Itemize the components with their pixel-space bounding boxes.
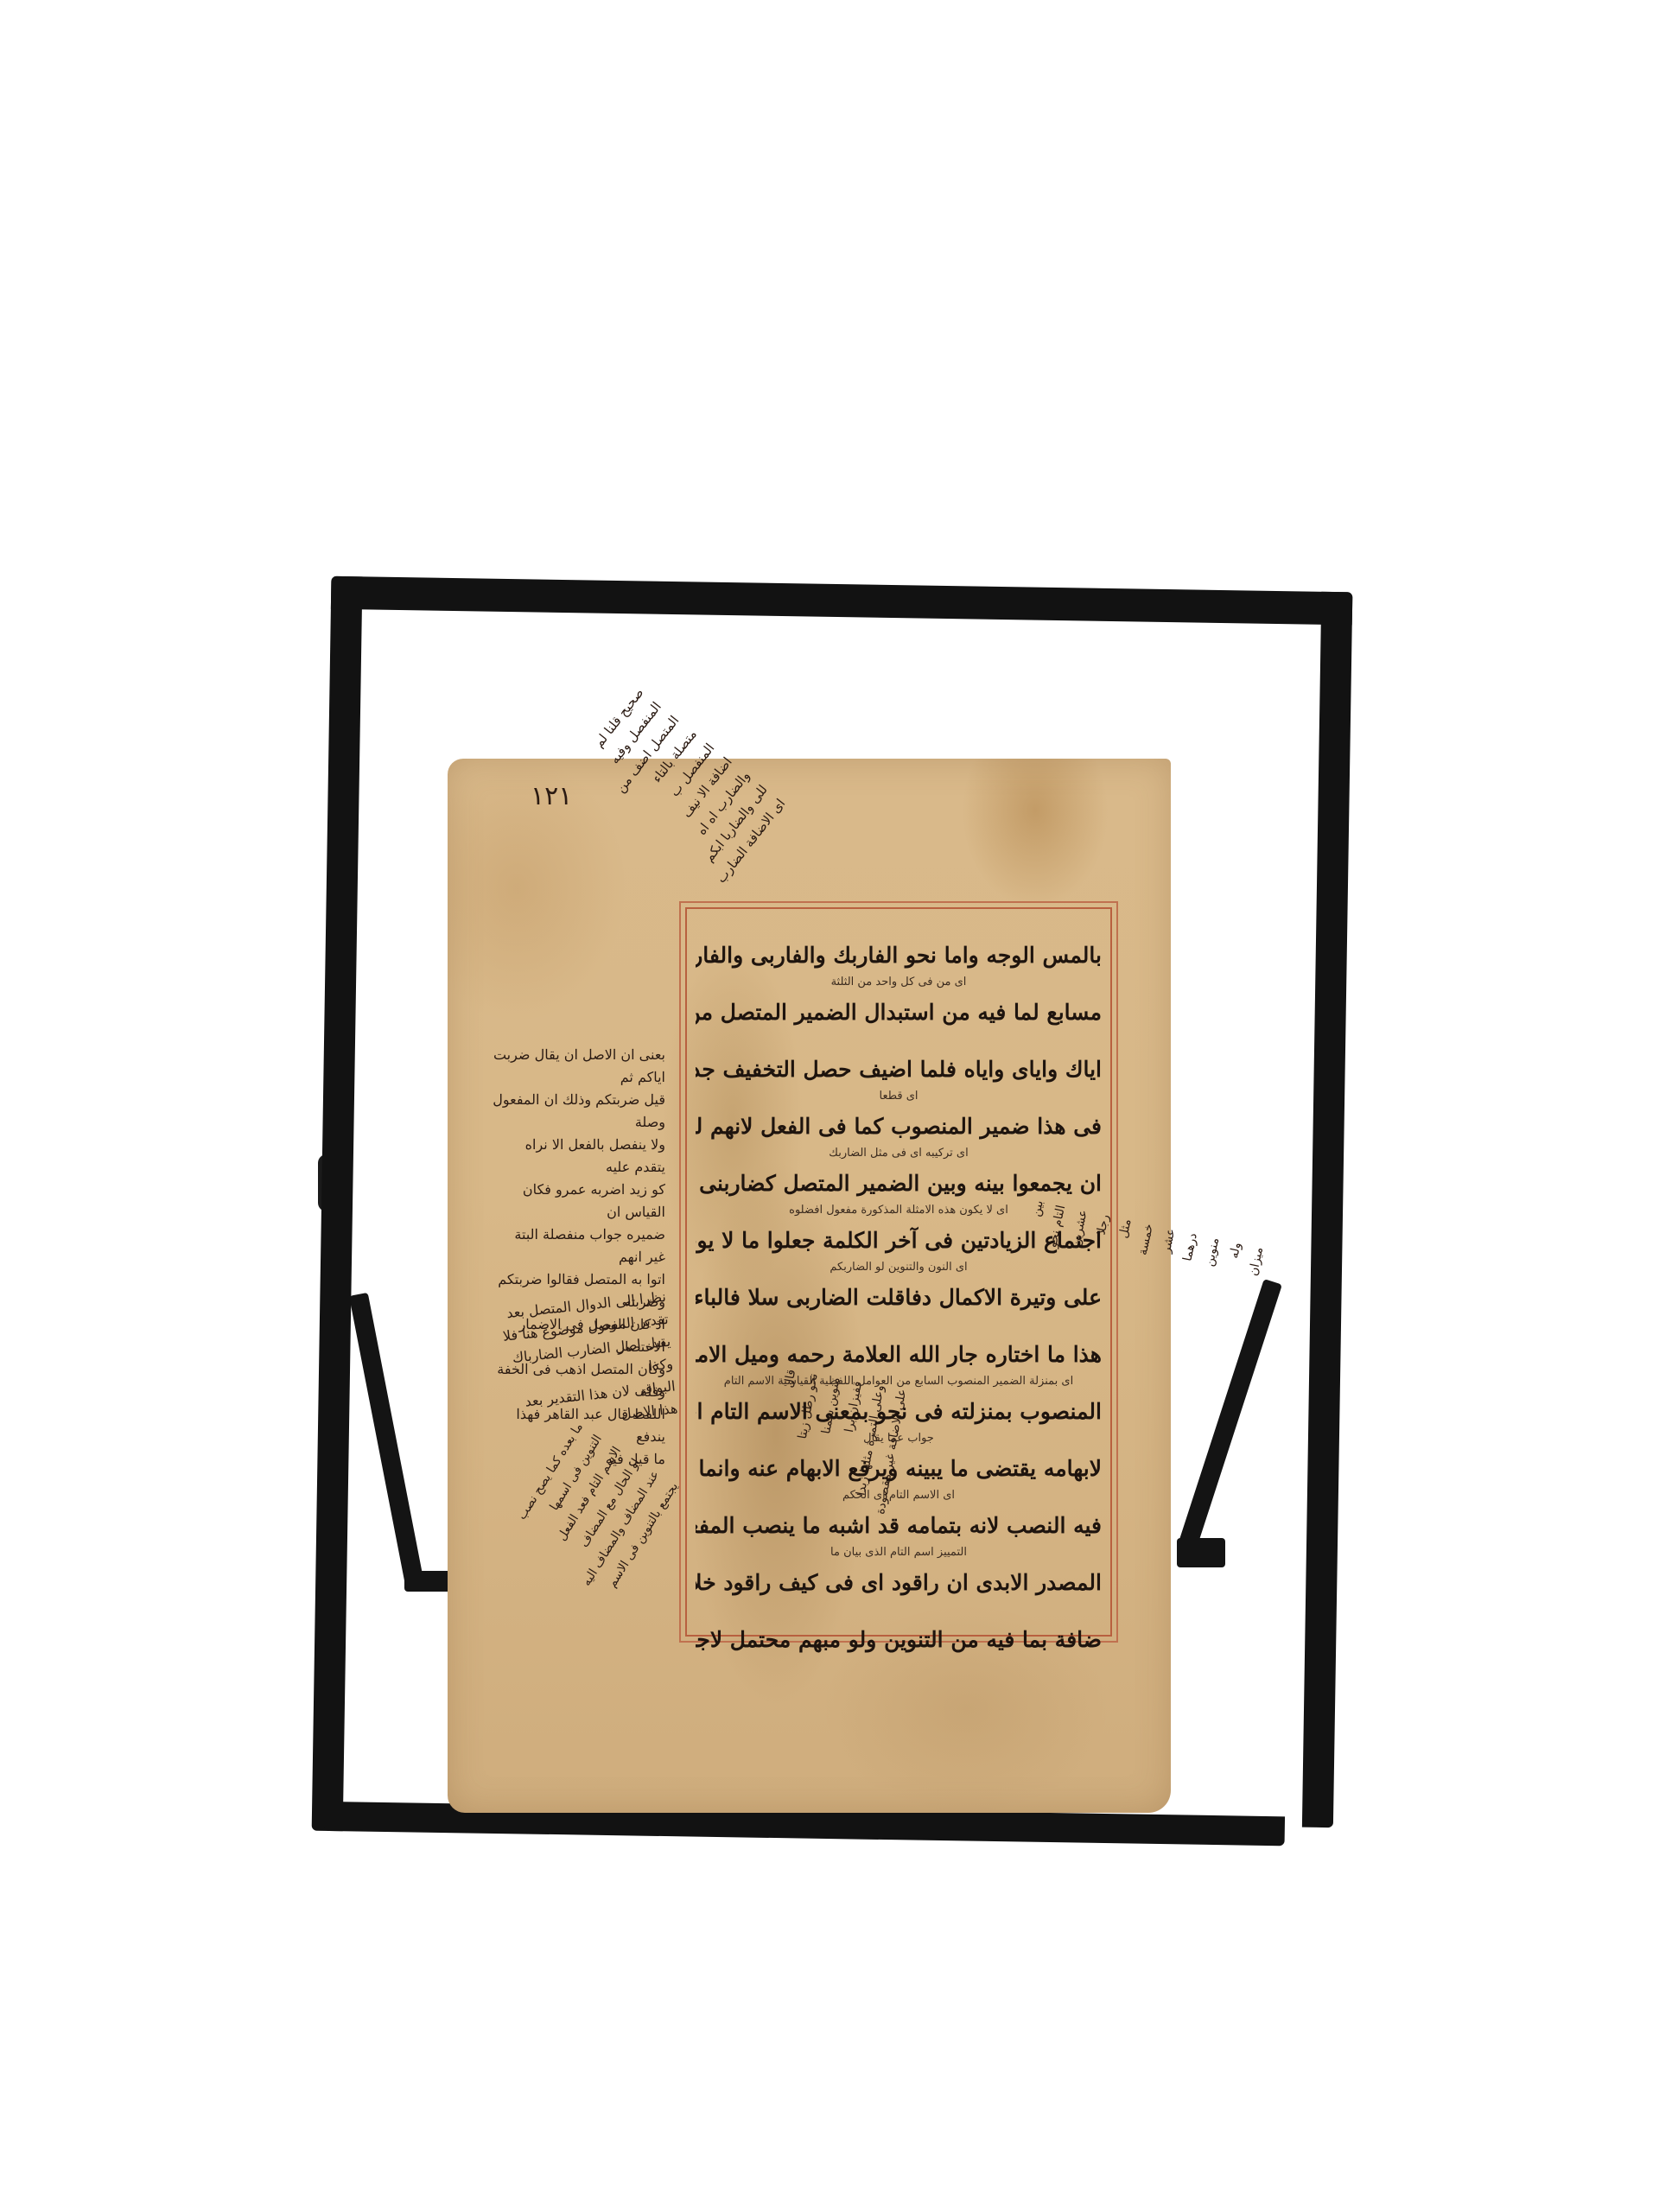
ruled-text-block: بالمس الوجه واما نحو الفاربك والفاربى وا…	[685, 907, 1112, 1637]
text-line: اى لا يكون هذه الامثلة المذكورة مفعول اف…	[696, 1203, 1102, 1260]
line-text: ان يجمعوا بينه وبين الضمير المتصل كضاربن…	[696, 1171, 1102, 1196]
line-text: هذا ما اختاره جار الله العلامة رحمه وميل…	[696, 1342, 1102, 1367]
text-line: اى النون والتنوين لو الضاربكمعلى وتيرة ا…	[696, 1260, 1102, 1317]
interlinear-gloss: اى النون والتنوين لو الضاربكم	[696, 1260, 1102, 1279]
interlinear-gloss: اى من فى كل واحد من الثلثة	[696, 975, 1102, 994]
line-text: فى هذا ضمير المنصوب كما فى الفعل لانهم ل…	[696, 1114, 1102, 1139]
interlinear-gloss: اى لا يكون هذه الامثلة المذكورة مفعول اف…	[696, 1203, 1102, 1222]
line-text: فيه النصب لانه بتمامه قد اشبه ما ينصب ال…	[696, 1513, 1102, 1538]
text-line: ضافة بما فيه من التنوين ولو مبهم محتمل ل…	[696, 1602, 1102, 1659]
line-text: اياك واياى واياه فلما اضيف حصل التخفيف ج…	[696, 1057, 1102, 1082]
line-text: لابهامه يقتضى ما يبينه ويرفع الابهام عنه…	[696, 1456, 1102, 1481]
interlinear-gloss	[696, 1317, 1102, 1336]
text-line: بالمس الوجه واما نحو الفاربك والفاربى وا…	[696, 918, 1102, 975]
text-line: اى تركيبه اى فى مثل الضاربكان يجمعوا بين…	[696, 1146, 1102, 1203]
line-text: اجتماع الزيادتين فى آخر الكلمة جعلوا ما …	[696, 1228, 1102, 1253]
main-text: بالمس الوجه واما نحو الفاربك والفاربى وا…	[696, 918, 1102, 1626]
frame-right-bar	[1302, 592, 1352, 1827]
manuscript-leaf: ١٢١ صحيح قلنا لم المنفصل وفيه المتصل اضف…	[448, 759, 1171, 1813]
interlinear-gloss	[696, 918, 1102, 937]
interlinear-gloss: جواب عما يقال	[696, 1431, 1102, 1450]
text-line: اى من فى كل واحد من الثلثةمسابع لما فيه …	[696, 975, 1102, 1032]
interlinear-gloss: اى الاسم التام اى الحكم	[696, 1488, 1102, 1507]
text-line: هذا ما اختاره جار الله العلامة رحمه وميل…	[696, 1317, 1102, 1374]
text-line: اياك واياى واياه فلما اضيف حصل التخفيف ج…	[696, 1032, 1102, 1089]
line-text: على وتيرة الاكمال دفاقلت الضاربى سلا فال…	[696, 1285, 1102, 1310]
interlinear-gloss: اى تركيبه اى فى مثل الضاربك	[696, 1146, 1102, 1165]
line-text: مسابع لما فيه من استبدال الضمير المتصل م…	[696, 1000, 1102, 1025]
interlinear-gloss: اى بمنزلة الضمير المنصوب السابع من العوا…	[696, 1374, 1102, 1393]
frame-top-bar	[331, 576, 1352, 626]
interlinear-gloss: اى قطعا	[696, 1089, 1102, 1108]
margin-note-left-secondary: نظرا الى الدوال المتصل بعد تقدير المفعول…	[493, 1286, 678, 1438]
interlinear-gloss	[696, 1032, 1102, 1051]
line-text: ضافة بما فيه من التنوين ولو مبهم محتمل ل…	[696, 1627, 1102, 1652]
text-line: جواب عما يقاللابهامه يقتضى ما يبينه ويرف…	[696, 1431, 1102, 1488]
line-text: المصدر الابدى ان راقود اى فى كيف راقود خ…	[696, 1570, 1102, 1595]
interlinear-gloss: التمييز اسم التام الذى بيان ما	[696, 1545, 1102, 1564]
interlinear-gloss	[696, 1602, 1102, 1621]
text-line: اى بمنزلة الضمير المنصوب السابع من العوا…	[696, 1374, 1102, 1431]
line-text: المنصوب بمنزلته فى نحو بمعنى الاسم التام…	[696, 1399, 1102, 1424]
text-line: اى الاسم التام اى الحكمفيه النصب لانه بت…	[696, 1488, 1102, 1545]
text-line: التمييز اسم التام الذى بيان ماالمصدر الا…	[696, 1545, 1102, 1602]
line-text: بالمس الوجه واما نحو الفاربك والفاربى وا…	[696, 943, 1102, 968]
text-line: اى قطعافى هذا ضمير المنصوب كما فى الفعل …	[696, 1089, 1102, 1146]
